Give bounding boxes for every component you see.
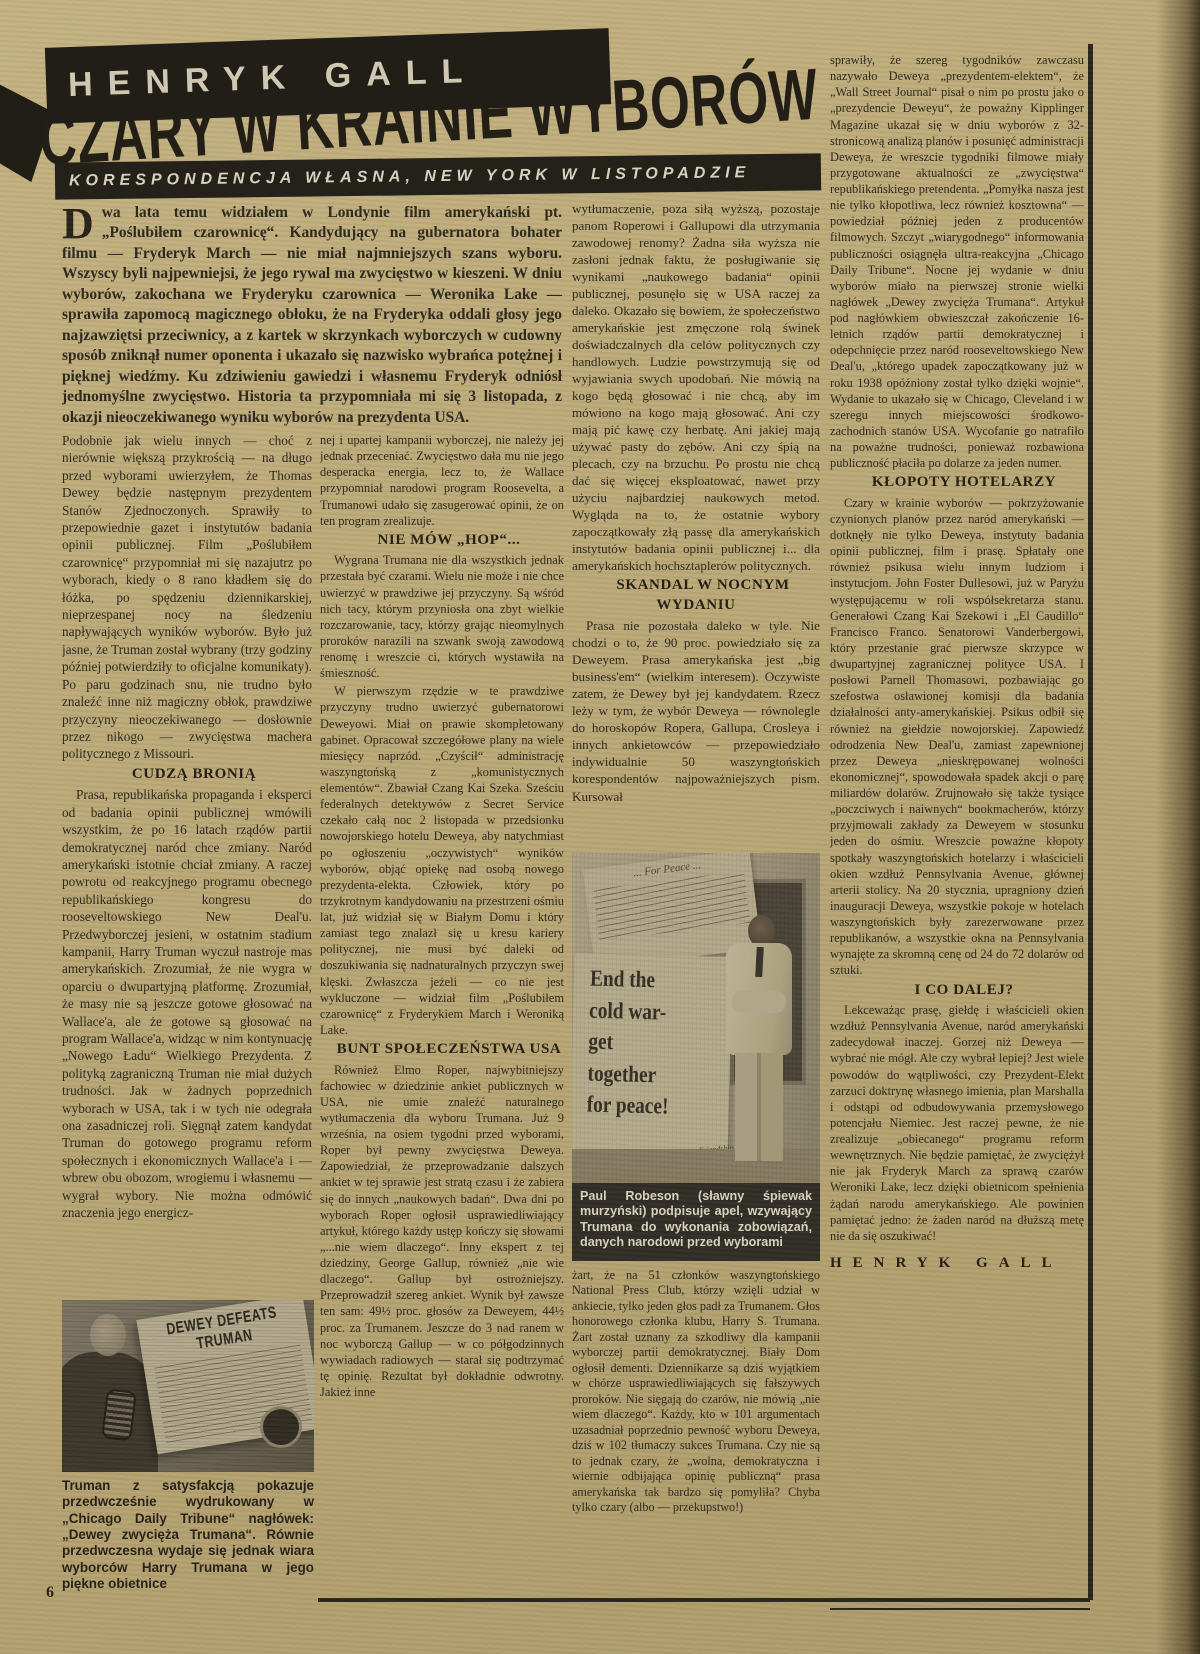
paragraph: Prasa, republikańska propaganda i eksper… <box>62 786 312 1221</box>
lead-text: wa lata temu widziałem w Londynie film a… <box>62 204 562 426</box>
column-2: nej i upartej kampanii wyborczej, nie na… <box>320 432 564 1592</box>
poster-line: get <box>588 1024 720 1062</box>
newspaper-headline: DEWEY DEFEATS TRUMAN <box>141 1300 305 1361</box>
paragraph: W pierwszym rzędzie w te prawdziwe przyc… <box>320 683 564 1038</box>
poster-line: cold war- <box>589 993 721 1031</box>
truman-photo: DEWEY DEFEATS TRUMAN <box>62 1300 314 1472</box>
section-heading-klopoty-hotelarzy: KŁOPOTY HOTELARZY <box>830 473 1084 493</box>
robeson-figure-arms <box>732 991 786 1013</box>
column-3-top: wytłumaczenie, poza siłą wyższą, pozosta… <box>572 200 820 848</box>
paragraph: Wygrana Trumana nie dla wszystkich jedna… <box>320 552 564 681</box>
paragraph: Lekceważąc prasę, giełdę i właścicieli o… <box>830 1002 1084 1244</box>
paragraph: Prasa nie pozostała daleko w tyle. Nie c… <box>572 617 820 804</box>
truman-figure <box>62 1352 158 1472</box>
paragraph: Czary w krainie wyborów — pokrzyżowanie … <box>830 495 1084 979</box>
microphone-icon <box>101 1388 137 1441</box>
page-number: 6 <box>46 1584 54 1602</box>
poster-fine-print <box>593 871 750 941</box>
poster-title-text: ... For Peace ... <box>591 854 743 884</box>
column-3-bottom: żart, że na 51 członków waszyngtońskiego… <box>572 1268 820 1594</box>
paragraph: Podobnie jak wielu innych — choć z nieró… <box>62 432 312 763</box>
column-1: Podobnie jak wielu innych — choć z nieró… <box>62 432 312 1296</box>
column-4: sprawiły, że szereg tygodników zawczasu … <box>830 52 1084 1566</box>
press-seal-icon <box>260 1406 302 1448</box>
section-heading-nie-mow-hop: NIE MÓW „HOP“... <box>320 531 564 551</box>
lead-paragraph: Dwa lata temu widziałem w Londynie film … <box>62 203 562 429</box>
paragraph: żart, że na 51 członków waszyngtońskiego… <box>572 1268 820 1516</box>
vertical-rule <box>1088 44 1093 1600</box>
paragraph: sprawiły, że szereg tygodników zawczasu … <box>830 52 1084 471</box>
paragraph: Również Elmo Roper, najwybitniejszy fach… <box>320 1062 564 1401</box>
newspaper-columns <box>153 1341 312 1443</box>
cold-war-poster: End the cold war- get together for peace… <box>572 953 733 1163</box>
author-signature: HENRYK GALL <box>830 1254 1084 1274</box>
section-heading-skandal: SKANDAL W NOCNYM WYDANIU <box>572 576 820 615</box>
scan-edge-shadow <box>1156 0 1200 1654</box>
truman-figure-head <box>90 1314 126 1356</box>
robeson-photo-caption: Paul Robeson (sławny śpiewak murzyński) … <box>572 1183 820 1261</box>
poster-line: for peace! <box>586 1087 718 1125</box>
poster-line: End the <box>590 961 722 999</box>
poster-line: together <box>587 1056 719 1094</box>
dateline-bar: KORESPONDENCJA WŁASNA, NEW YORK W LISTOP… <box>55 153 821 199</box>
magazine-page: { "masthead": { "author": "HENRYK GALL",… <box>0 0 1200 1654</box>
robeson-photo: ... For Peace ... End the cold war- get … <box>572 853 820 1183</box>
dateline-text: KORESPONDENCJA WŁASNA, NEW YORK W LISTOP… <box>55 164 750 190</box>
paragraph: wytłumaczenie, poza siłą wyższą, pozosta… <box>572 200 820 574</box>
section-heading-cudza-bronia: CUDZĄ BRONIĄ <box>62 765 312 785</box>
bottom-rule-thin <box>830 1608 1090 1610</box>
paragraph: nej i upartej kampanii wyborczej, nie na… <box>320 432 564 529</box>
truman-photo-caption: Truman z satysfakcją pokazuje przedwcześ… <box>62 1478 314 1592</box>
section-heading-i-co-dalej: I CO DALEJ? <box>830 981 1084 1001</box>
author-name: HENRYK GALL <box>67 51 477 104</box>
section-heading-bunt-spoleczenstwa: BUNT SPOŁECZEŃSTWA USA <box>320 1040 564 1060</box>
robeson-figure-legs <box>735 1053 783 1161</box>
drop-cap: D <box>62 203 102 242</box>
bottom-rule <box>318 1598 1090 1602</box>
newspaper-chicago-tribune: DEWEY DEFEATS TRUMAN <box>136 1300 314 1454</box>
